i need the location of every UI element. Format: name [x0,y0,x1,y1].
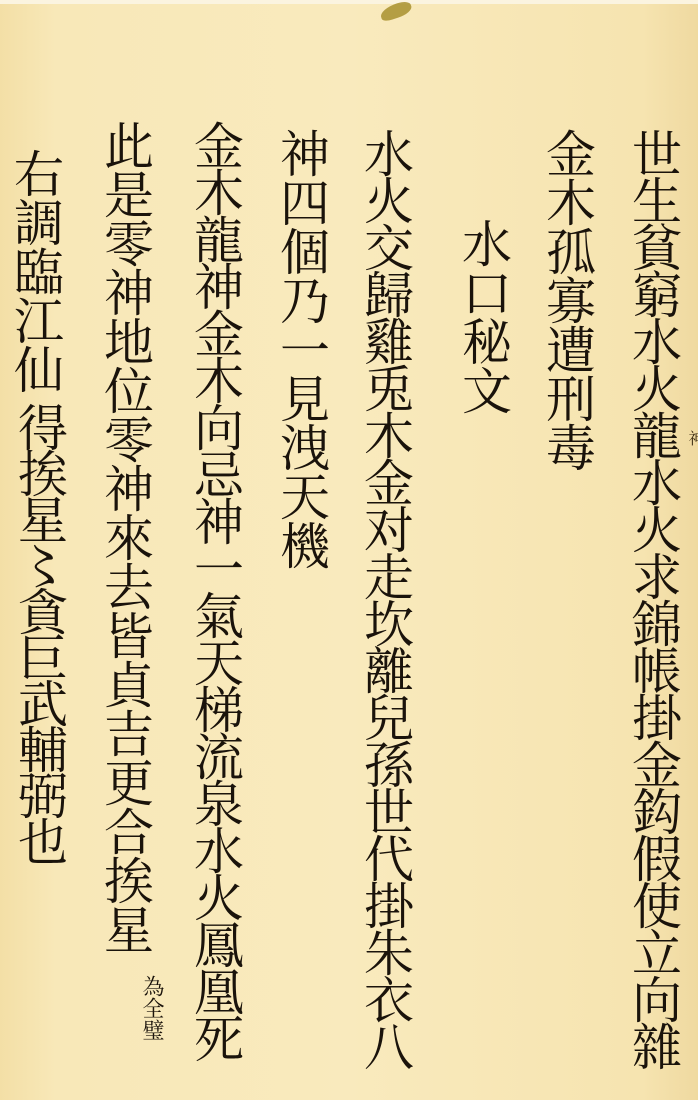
column-6: 金木龍神金木向忌神一氣天梯流泉水火鳳凰死 [190,120,240,1060]
column-1-annotation: 神 [684,430,698,446]
column-5: 神四個乃一見洩天機 [276,128,326,569]
column-2: 金木孤寡遭刑毒 [542,128,592,471]
column-3-heading: 水口秘文 [458,218,508,414]
manuscript-page: 世生貧窮水火龍水火求錦帳掛金鈎假使立向雜 神 金木孤寡遭刑毒 水口秘文 水火交歸… [0,0,698,1100]
column-8-title: 右調臨江仙 [10,148,60,393]
column-1: 世生貧窮水火龍水火求錦帳掛金鈎假使立向雜 [628,128,678,1068]
column-7: 此是零神地位零神來去皆貞吉更合挨星 [100,120,150,953]
page-top-edge [0,0,698,4]
column-4: 水火交歸雞兎木金对走坎離兒孫世代掛朱衣八 [360,128,410,1068]
column-7-small-note: 為全璧 [140,975,162,1041]
column-8: 得挨星〻貪巨武輔弼也 [14,402,64,862]
